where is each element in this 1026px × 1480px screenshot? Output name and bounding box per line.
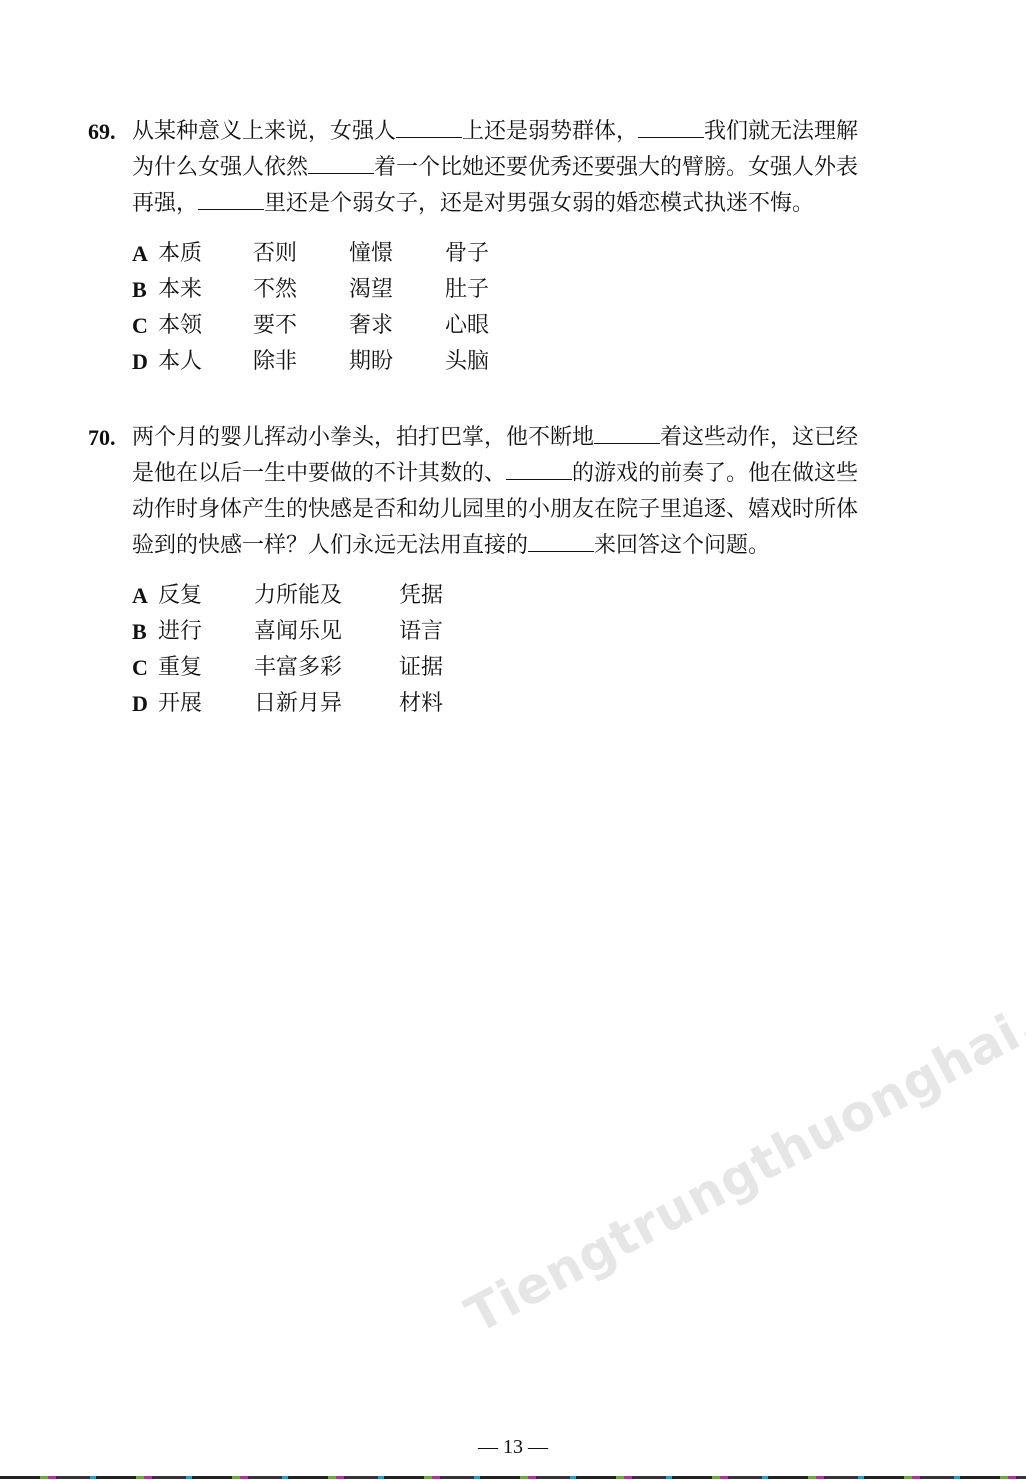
question-stem: 69. 从某种意义上来说，女强人上还是弱势群体，我们就无法理解 为什么女强人依然… [88,114,948,222]
blank-2 [638,117,704,138]
blank-1 [594,423,660,444]
option-d: D本人除非期盼头脑 [132,344,948,380]
stem-line-3: 动作时身体产生的快感是否和幼儿园里的小朋友在院子里追逐、嬉戏时所体 [132,492,948,528]
stem-line-2: 是他在以后一生中要做的不计其数的、的游戏的前奏了。他在做这些 [132,456,948,492]
stem-line-4: 验到的快感一样？人们永远无法用直接的来回答这个问题。 [132,528,948,564]
blank-1 [396,117,462,138]
option-c: C重复丰富多彩证据 [132,650,948,686]
stem-line-1: 从某种意义上来说，女强人上还是弱势群体，我们就无法理解 [132,114,948,150]
question-number: 70. [88,420,116,456]
question-number: 69. [88,114,116,150]
blank-3 [528,531,594,552]
option-d: D开展日新月异材料 [132,686,948,722]
question-69: 69. 从某种意义上来说，女强人上还是弱势群体，我们就无法理解 为什么女强人依然… [88,114,948,380]
scan-edge-divider [0,1476,1026,1479]
stem-line-2: 为什么女强人依然着一个比她还要优秀还要强大的臂膀。女强人外表 [132,150,948,186]
option-c: C本领要不奢求心眼 [132,308,948,344]
page-number: — 13 — [0,1436,1026,1459]
stem-line-1: 两个月的婴儿挥动小拳头，拍打巴掌，他不断地着这些动作，这已经 [132,420,948,456]
answer-options: A反复力所能及凭据 B进行喜闻乐见语言 C重复丰富多彩证据 D开展日新月异材料 [132,578,948,722]
blank-4 [198,189,264,210]
watermark: Tiengtrungthuonghai.vn [456,961,1026,1345]
stem-line-3: 再强，里还是个弱女子，还是对男强女弱的婚恋模式执迷不悔。 [132,186,948,222]
option-b: B进行喜闻乐见语言 [132,614,948,650]
blank-2 [506,459,572,480]
option-b: B本来不然渴望肚子 [132,272,948,308]
question-stem: 70. 两个月的婴儿挥动小拳头，拍打巴掌，他不断地着这些动作，这已经 是他在以后… [88,420,948,564]
question-70: 70. 两个月的婴儿挥动小拳头，拍打巴掌，他不断地着这些动作，这已经 是他在以后… [88,420,948,722]
answer-options: A本质否则憧憬骨子 B本来不然渴望肚子 C本领要不奢求心眼 D本人除非期盼头脑 [132,236,948,380]
option-a: A反复力所能及凭据 [132,578,948,614]
blank-3 [308,153,374,174]
option-a: A本质否则憧憬骨子 [132,236,948,272]
